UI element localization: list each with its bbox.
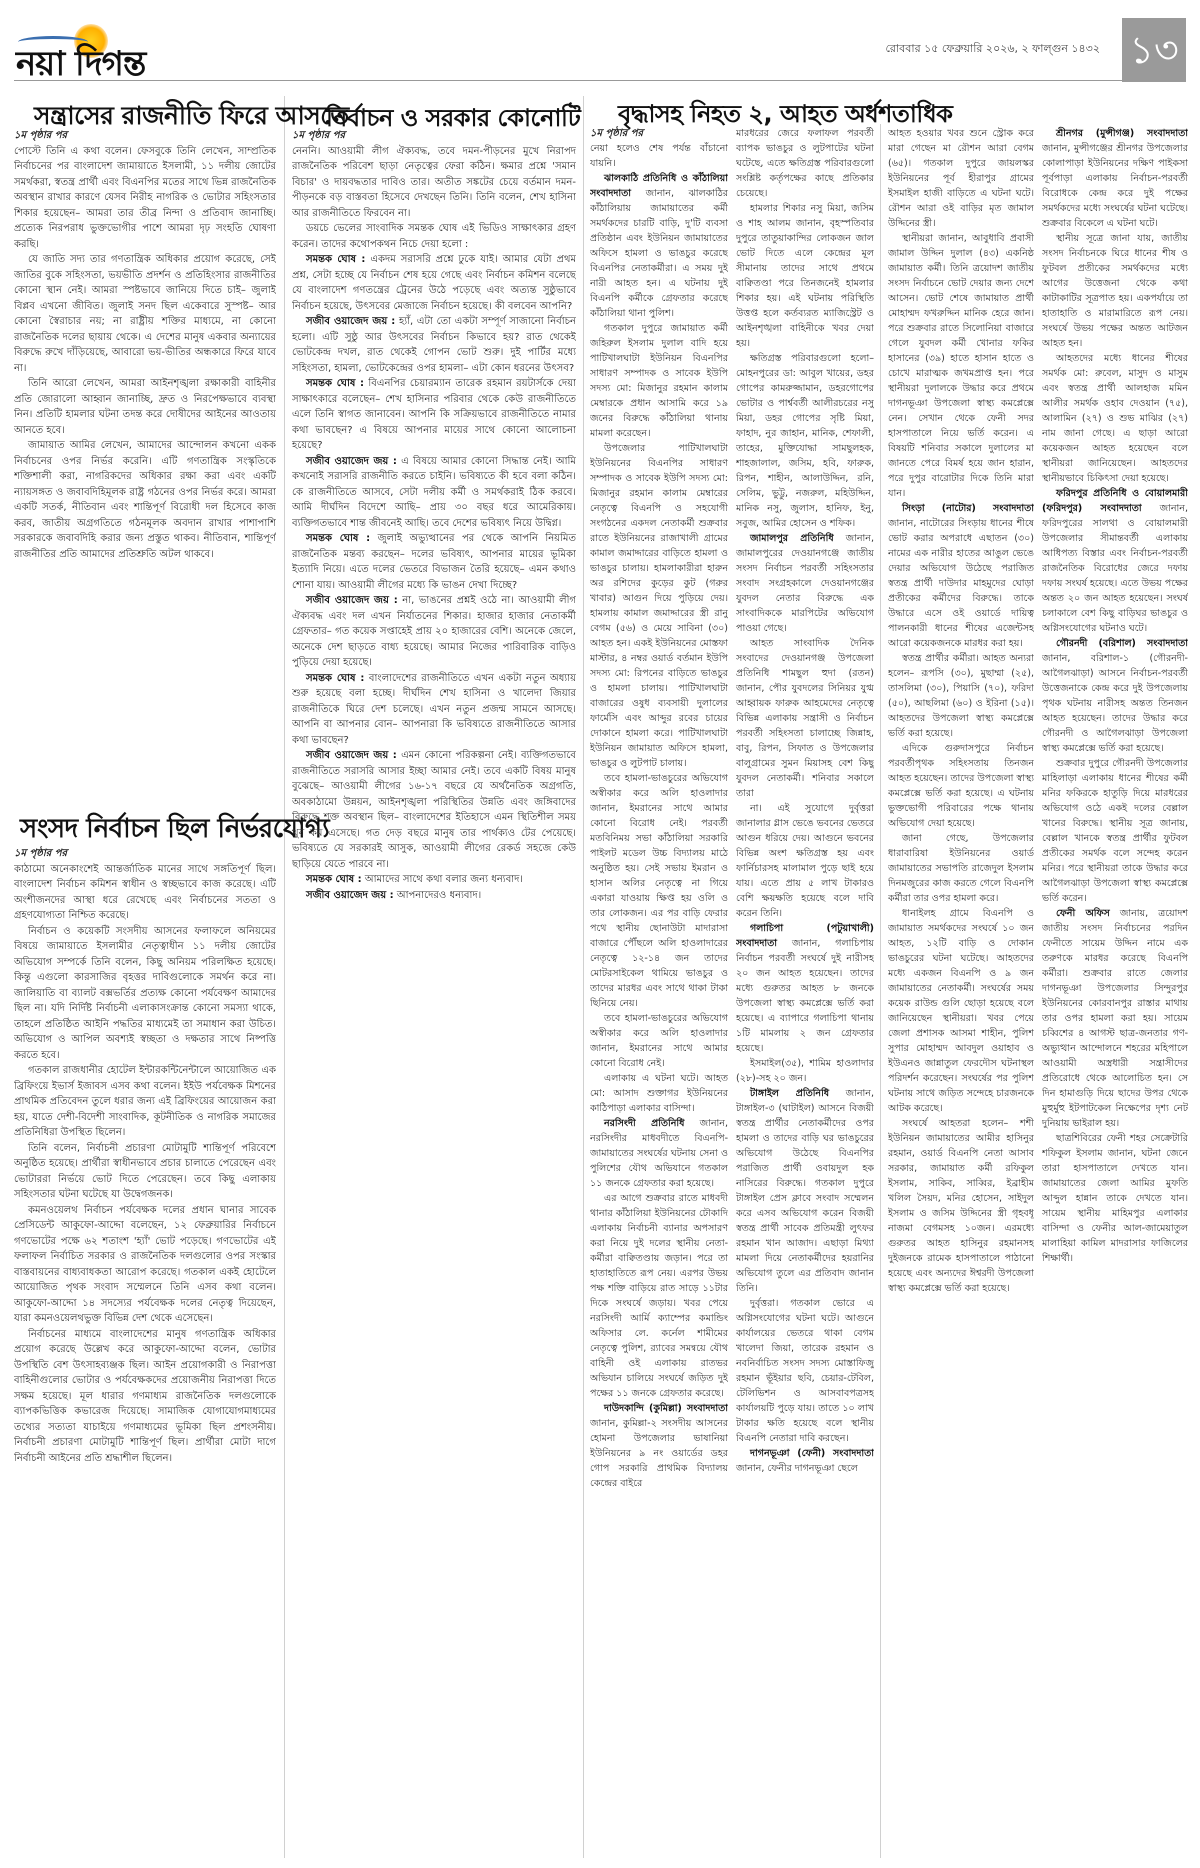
article-column: ১ম পৃষ্ঠার পর নেয়া হলেও শেষ পর্যন্ত বাঁ… — [590, 126, 728, 1856]
page-number: ১৩ — [1122, 18, 1186, 82]
paragraph: গৌরনদী (বরিশাল) সংবাদদাতা জানান, বরিশাল-… — [1042, 636, 1188, 756]
dateline: সিংড়া (নাটোর) সংবাদদাতা — [902, 503, 1034, 514]
article-column: শ্রীনগর (মুন্সীগঞ্জ) সংবাদদাতা জানান, মু… — [1042, 126, 1188, 1856]
continued-label: ১ম পৃষ্ঠার পর — [292, 128, 576, 144]
paragraph: মারধরের জেরে ফলাফল পরবর্তী ব্যাপক ভাঙচুর… — [736, 126, 874, 201]
masthead: নয়া দিগন্ত রোববার ১৫ ফেব্রুয়ারি ২০২৬, … — [0, 0, 1200, 82]
article-body: ১ম পৃষ্ঠার পর পোস্টে তিনি এ কথা বলেন। ফে… — [14, 128, 276, 800]
paragraph: আহত হওয়ার খবর শুনে স্ট্রোক করে মারা গেছ… — [888, 126, 1034, 231]
paragraph: জানা গেছে, উপজেলার ধারাবারিষা ইউনিয়নের … — [888, 831, 1034, 906]
article-body: ১ম পৃষ্ঠার পর নেননি। আওয়ামী লীগ ঐক্যবদ্… — [292, 128, 576, 1858]
qa-item: সমন্তক ঘোষ : বিএনপির চেয়ারম্যান তারেক র… — [292, 376, 576, 454]
dateline: শ্রীনগর (মুন্সীগঞ্জ) সংবাদদাতা — [1056, 128, 1188, 139]
paragraph: নেয়া হলেও শেষ পর্যন্ত বাঁচানো যায়নি। — [590, 141, 728, 171]
paragraph: ফেনী অফিস জানায়, ত্রয়োদশ জাতীয় সংসদ ন… — [1042, 906, 1188, 1131]
paragraph: পোস্টে তিনি এ কথা বলেন। ফেসবুকে তিনি লেখ… — [14, 144, 276, 253]
speaker: সমন্তক ঘোষ : — [306, 378, 364, 389]
paragraph: তিনি আরো লেখেন, আমরা আইনশৃঙ্খলা রক্ষাকার… — [14, 376, 276, 438]
qa-item: সমন্তক ঘোষ : আমাদের সাথে কথা বলার জন্য ধ… — [292, 872, 576, 888]
paragraph: জামায়াত আমির লেখেন, আমাদের আন্দোলন কখনো… — [14, 438, 276, 562]
qa-item: সজীব ওয়াজেদ জয় : না, ভাঙনের প্রশ্নই ওঠ… — [292, 593, 576, 671]
paragraph: এলাকায় এ ঘটনা ঘটে। আহত মো: আসাদ শুক্তাগ… — [590, 1071, 728, 1116]
paragraph: হামলার শিকার নসু মিয়া, জসিম ও শাহ আলম জ… — [736, 201, 874, 351]
continued-label: ১ম পৃষ্ঠার পর — [14, 128, 276, 144]
qa-item: সমন্তক ঘোষ : জুলাই অভ্যুত্থানের পর থেকে … — [292, 531, 576, 593]
paragraph: নির্বাচন ও কয়েকটি সংসদীয় আসনের ফলাফলে … — [14, 924, 276, 1064]
paragraph: ইসমাইল(৩৫), শামিম হাওলাদার (২৮)-সহ ২০ জন… — [736, 1056, 874, 1086]
logo-text: নয়া দিগন্ত — [16, 38, 145, 95]
paragraph: নির্বাচনের মাধ্যমে বাংলাদেশের মানুষ গণতা… — [14, 1327, 276, 1467]
qa-item: সমন্তক ঘোষ : একদম সরাসরি প্রশ্নে ঢুকে যা… — [292, 252, 576, 314]
paragraph: সিংড়া (নাটোর) সংবাদদাতা জানান, নাটোরের … — [888, 501, 1034, 651]
article-column: মারধরের জেরে ফলাফল পরবর্তী ব্যাপক ভাঙচুর… — [736, 126, 874, 1856]
paragraph: টাঙ্গাইল প্রতিনিধি জানান, টাঙ্গাইল-৩ (ঘা… — [736, 1086, 874, 1296]
paragraph: দাগনভূঞা (ফেনী) সংবাদদাতা জানান, ফেনীর দ… — [736, 1446, 874, 1476]
paragraph: তবে হামলা-ভাঙচুরের অভিযোগ অস্বীকার করে অ… — [590, 1011, 728, 1071]
speaker: সমন্তক ঘোষ : — [306, 254, 365, 265]
column-divider — [284, 96, 285, 1858]
paragraph: গলাচিপা (পটুয়াখালী) সংবাদদাতা জানান, গল… — [736, 921, 874, 1056]
column-divider — [583, 96, 584, 1858]
qa-item: সজীব ওয়াজেদ জয় : এমন কোনো পরিকল্পনা নে… — [292, 748, 576, 872]
paragraph: ছাত্রশিবিরের ফেনী শহর সেক্রেটারি শফিকুল … — [1042, 1131, 1188, 1266]
continued-label: ১ম পৃষ্ঠার পর — [590, 126, 728, 141]
paragraph: নেননি। আওয়ামী লীগ ঐক্যবদ্ধ, তবে দমন-পীড… — [292, 144, 576, 222]
paragraph: জামালপুর প্রতিনিধি জানান, জামালপুরের দেও… — [736, 531, 874, 636]
paragraph: দুর্বৃত্তরা। গতকাল ভোরে এ অগ্নিসংযোগের ঘ… — [736, 1296, 874, 1446]
paragraph: উপজেলার পাটিখালঘাটা ইউনিয়নের বিএনপির সা… — [590, 441, 728, 771]
dateline: টাঙ্গাইল প্রতিনিধি — [750, 1088, 829, 1099]
paragraph: এর আগে শুক্রবার রাতে মাধবদী থানার কাঁঠাল… — [590, 1191, 728, 1401]
column-divider — [880, 124, 881, 1858]
speaker: সজীব ওয়াজেদ জয় : — [306, 456, 397, 467]
qa-item: সমন্তক ঘোষ : বাংলাদেশের রাজনীতিতে এখন এক… — [292, 671, 576, 749]
paragraph: স্বতন্ত্র প্রার্থীর কর্মীরা। আহত অন্যরা … — [888, 651, 1034, 741]
paragraph: ক্ষতিগ্রস্ত পরিবারগুলো হলো– মোহনপুরের ডা… — [736, 351, 874, 531]
speaker: সমন্তক ঘোষ : — [306, 874, 362, 885]
paragraph: যে জাতি সদ্য তার গণতান্ত্রিক অধিকার প্রয… — [14, 252, 276, 376]
paragraph: নরসিংদী প্রতিনিধি জানান, নরসিংদীর মাধবদী… — [590, 1116, 728, 1191]
paragraph: স্থানীয় সূত্রে জানা যায়, জাতীয় সংসদ ন… — [1042, 231, 1188, 351]
qa-item: সজীব ওয়াজেদ জয় : আপনাদেরও ধন্যবাদ। — [292, 888, 576, 904]
speaker: সজীব ওয়াজেদ জয় : — [306, 595, 398, 606]
paragraph: গতকাল রাজধানীর হোটেল ইন্টারকন্টিনেন্টালে… — [14, 1063, 276, 1141]
speaker: সমন্তক ঘোষ : — [306, 673, 364, 684]
paragraph: তিনি বলেন, নির্বাচনী প্রচারণা মোটামুটি শ… — [14, 1141, 276, 1203]
newspaper-logo[interactable]: নয়া দিগন্ত — [14, 18, 204, 74]
article-column: আহত হওয়ার খবর শুনে স্ট্রোক করে মারা গেছ… — [888, 126, 1034, 1856]
article-body: ১ম পৃষ্ঠার পর কাঠামো অনেকাংশেই আন্তর্জাত… — [14, 846, 276, 1856]
dateline: গৌরনদী (বরিশাল) সংবাদদাতা — [1056, 638, 1188, 649]
masthead-divider — [14, 80, 1186, 81]
speaker: সজীব ওয়াজেদ জয় : — [306, 316, 395, 327]
paragraph: আহতদের মধ্যে ধানের শীষের সমর্থক মো: রুবে… — [1042, 351, 1188, 486]
paragraph: ধানাইলহ গ্রামে বিএনপি ও জামায়াত সমর্থকদ… — [888, 906, 1034, 1116]
paragraph: ফরিদপুর প্রতিনিধি ও বোয়ালমারী (ফরিদপুর)… — [1042, 486, 1188, 636]
paragraph: তবে হামলা-ভাঙচুরের অভিযোগ অস্বীকার করে অ… — [590, 771, 728, 1011]
speaker: সমন্তক ঘোষ : — [306, 533, 370, 544]
paragraph: শুক্রবার দুপুরে গৌরনদী উপজেলার মাহিলাড়া… — [1042, 756, 1188, 906]
dateline: দাগনভূঞা (ফেনী) সংবাদদাতা — [750, 1448, 874, 1459]
paragraph: আহত সাংবাদিক দৈনিক সংবাদের দেওয়ানগঞ্জ উ… — [736, 636, 874, 801]
paragraph: ঝালকাঠি প্রতিনিধি ও কাঁঠালিয়া সংবাদদাতা… — [590, 171, 728, 321]
speaker: সজীব ওয়াজেদ জয় : — [306, 890, 394, 901]
dateline: দাউদকান্দি (কুমিল্লা) সংবাদদাতা — [604, 1403, 728, 1414]
dateline: জামালপুর প্রতিনিধি — [750, 533, 834, 544]
speaker: সজীব ওয়াজেদ জয় : — [306, 750, 397, 761]
paragraph: সংঘর্ষে আহতরা হলেন– শশী ইউনিয়ন জামায়াত… — [888, 1116, 1034, 1296]
qa-item: সজীব ওয়াজেদ জয় : হ্যাঁ, এটা তো একটা সম… — [292, 314, 576, 376]
paragraph: স্থানীয়রা জানান, আবুধাবি প্রবাসী জামাল … — [888, 231, 1034, 501]
edition-date: রোববার ১৫ ফেব্রুয়ারি ২০২৬, ২ ফাল্গুন ১৪… — [885, 40, 1100, 59]
paragraph: শ্রীনগর (মুন্সীগঞ্জ) সংবাদদাতা জানান, মু… — [1042, 126, 1188, 231]
dateline: নরসিংদী প্রতিনিধি — [604, 1118, 684, 1129]
continued-label: ১ম পৃষ্ঠার পর — [14, 846, 276, 862]
paragraph: না। এই সুযোগে দুর্বৃত্তরা জানালার গ্লাস … — [736, 801, 874, 921]
qa-item: সজীব ওয়াজেদ জয় : এ বিষয়ে আমার কোনো সি… — [292, 454, 576, 532]
dateline: ফেনী অফিস — [1056, 908, 1110, 919]
paragraph: ডয়চে ভেলের সাংবাদিক সমন্তক ঘোষ এই ভিডিও… — [292, 221, 576, 252]
paragraph: কমনওয়েলথ নির্বাচন পর্যবেক্ষক দলের প্রধা… — [14, 1203, 276, 1327]
paragraph: কাঠামো অনেকাংশেই আন্তর্জাতিক মানের সাথে … — [14, 862, 276, 924]
paragraph: গতকাল দুপুরে জামায়াত কর্মী জহিরুল ইসলাম… — [590, 321, 728, 441]
paragraph: দাউদকান্দি (কুমিল্লা) সংবাদদাতা জানান, ক… — [590, 1401, 728, 1491]
paragraph: এদিকে গুরুদাসপুরে নির্বাচন পরবর্তীপৃথক স… — [888, 741, 1034, 831]
